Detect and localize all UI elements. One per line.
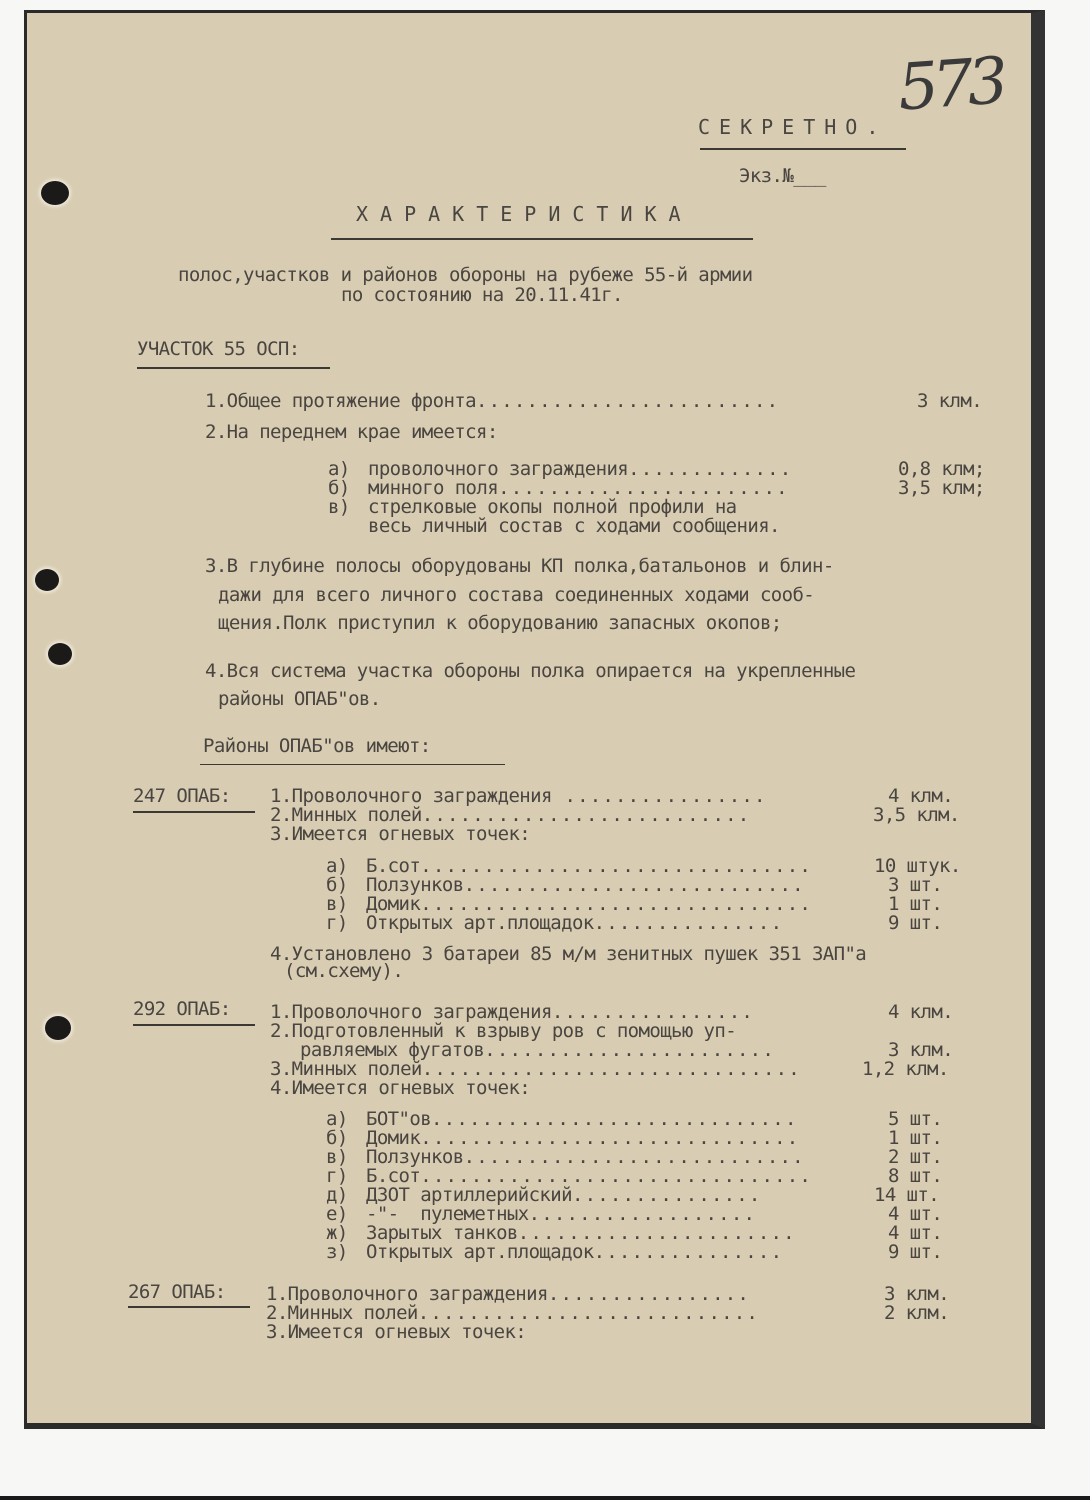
opab-247-item-4-line: (см.схему). bbox=[284, 962, 403, 981]
opab-item-label: 3.Имеется огневых точек: bbox=[270, 825, 530, 844]
punch-hole-icon bbox=[35, 569, 59, 591]
opab-247-label: 247 ОПАБ: bbox=[133, 787, 231, 806]
subtitle-line-2: по состоянию на 20.11.41г. bbox=[341, 286, 623, 305]
opab-heading-underline bbox=[200, 764, 505, 765]
firing-point-value: 9 шт. bbox=[888, 1243, 942, 1262]
punch-hole-icon bbox=[41, 181, 69, 205]
opab-247-underline bbox=[133, 811, 255, 813]
punch-hole-icon bbox=[45, 1016, 71, 1040]
sector-item-4-line: районы ОПАБ"ов. bbox=[218, 690, 381, 709]
sub-letter: з) bbox=[326, 1243, 348, 1262]
handwritten-page-number: 573 bbox=[896, 44, 1005, 125]
document-title: ХАРАКТЕРИСТИКА bbox=[356, 205, 693, 224]
sector-item-1-value: 3 клм. bbox=[917, 392, 982, 411]
sector-item-3-line: щения.Полк приступил к оборудованию запа… bbox=[218, 614, 782, 633]
sub-item-value: 3,5 клм; bbox=[898, 479, 985, 498]
opab-item-value: 4 клм. bbox=[888, 1003, 953, 1022]
copy-number: Экз.№___ bbox=[739, 167, 826, 186]
firing-point-value: 9 шт. bbox=[888, 914, 942, 933]
sector-item-4-line: 4.Вся система участка обороны полка опир… bbox=[205, 662, 855, 681]
opab-item-value: 3,5 клм. bbox=[873, 806, 960, 825]
classification-stamp: СЕКРЕТНО. bbox=[698, 118, 887, 137]
sector-heading-underline bbox=[137, 367, 330, 369]
sub-letter: в) bbox=[328, 498, 350, 517]
scan-bottom-edge bbox=[0, 1496, 1090, 1500]
opab-292-label: 292 ОПАБ: bbox=[133, 1000, 231, 1019]
punch-hole-icon bbox=[48, 643, 72, 665]
opab-item-label: 4.Имеется огневых точек: bbox=[270, 1079, 530, 1098]
sub-item-text: весь личный состав с ходами сообщения. bbox=[368, 517, 780, 536]
opab-267-label: 267 ОПАБ: bbox=[128, 1283, 226, 1302]
classification-underline bbox=[700, 148, 906, 150]
subtitle-line-1: полос,участков и районов обороны на рубе… bbox=[178, 266, 752, 285]
sector-item-3-line: дажи для всего личного состава соединенн… bbox=[218, 586, 814, 605]
opab-item-value: 1,2 клм. bbox=[862, 1060, 949, 1079]
firing-point-label: Открытых арт.площадок............... bbox=[366, 914, 783, 933]
sector-item-2-label: 2.На переднем крае имеется: bbox=[205, 423, 498, 442]
sector-heading: УЧАСТОК 55 ОСП: bbox=[137, 340, 300, 359]
opab-292-underline bbox=[133, 1024, 255, 1026]
opab-item-label: 3.Имеется огневых точек: bbox=[266, 1323, 526, 1342]
sector-item-3-line: 3.В глубине полосы оборудованы КП полка,… bbox=[205, 557, 834, 576]
firing-point-label: Открытых арт.площадок............... bbox=[366, 1243, 783, 1262]
opab-heading: Районы ОПАБ"ов имеют: bbox=[203, 737, 431, 756]
opab-item-value: 2 клм. bbox=[884, 1304, 949, 1323]
sector-item-1-label: 1.Общее протяжение фронта...............… bbox=[205, 392, 779, 411]
opab-267-underline bbox=[128, 1306, 250, 1308]
title-underline bbox=[331, 238, 753, 240]
sub-letter: г) bbox=[326, 914, 348, 933]
